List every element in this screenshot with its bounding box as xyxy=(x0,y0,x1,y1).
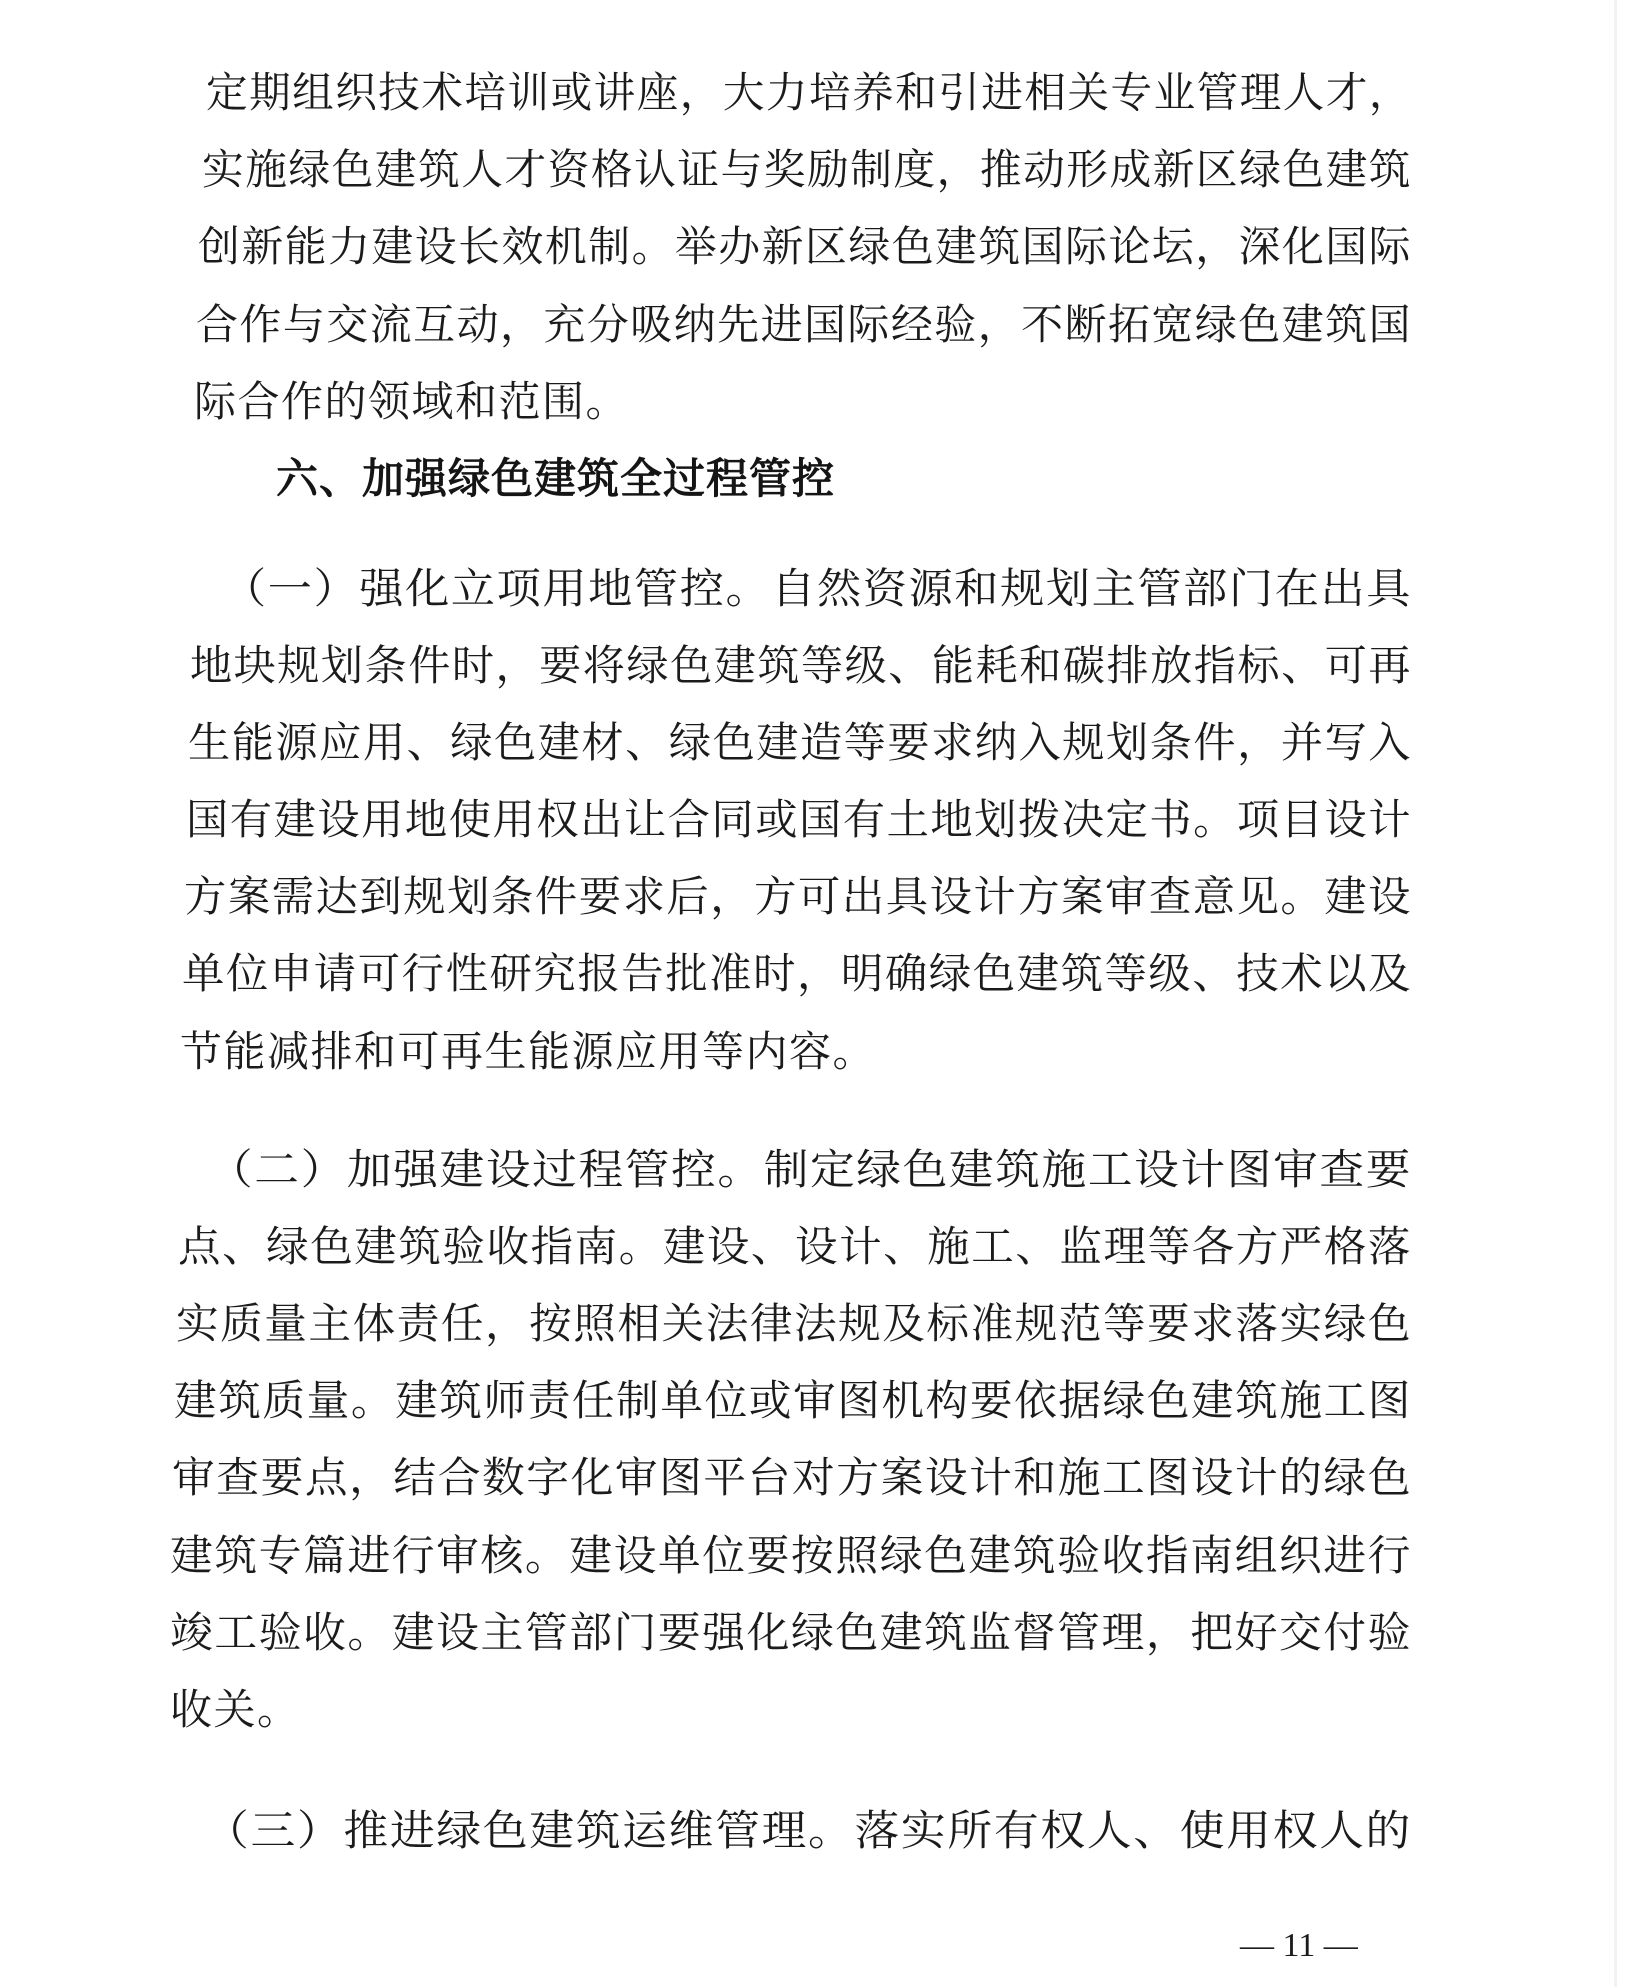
subsection-1-line: （一）强化立项用地管控。自然资源和规划主管部门在出具 xyxy=(222,564,1412,614)
subsection-2-line: 实质量主体责任，按照相关法律法规及标准规范等要求落实绿色 xyxy=(176,1299,1412,1349)
subsection-1-line: 生能源应用、绿色建材、绿色建造等要求纳入规划条件，并写入 xyxy=(188,718,1412,768)
subsection-2-line: 建筑专篇进行审核。建设单位要按照绿色建筑验收指南组织进行 xyxy=(170,1531,1412,1581)
subsection-2-line: 点、绿色建筑验收指南。建设、设计、施工、监理等各方严格落 xyxy=(178,1222,1412,1272)
page-number: — 11 — xyxy=(1240,1926,1358,1966)
subsection-2-line: 审查要点，结合数字化审图平台对方案设计和施工图设计的绿色 xyxy=(172,1453,1412,1503)
paragraph-line: 际合作的领域和范围。 xyxy=(194,377,629,427)
subsection-2-line: （二）加强建设过程管控。制定绿色建筑施工设计图审查要 xyxy=(208,1145,1412,1195)
section-heading: 六、加强绿色建筑全过程管控 xyxy=(276,454,835,504)
subsection-1-line: 地块规划条件时，要将绿色建筑等级、能耗和碳排放指标、可再 xyxy=(190,641,1412,691)
subsection-1-line: 单位申请可行性研究报告批准时，明确绿色建筑等级、技术以及 xyxy=(182,949,1412,999)
scan-edge xyxy=(1614,0,1617,1987)
subsection-1-line: 国有建设用地使用权出让合同或国有土地划拨决定书。项目设计 xyxy=(186,795,1412,845)
paragraph-line: 创新能力建设长效机制。举办新区绿色建筑国际论坛，深化国际 xyxy=(198,222,1412,272)
subsection-1-line: 节能减排和可再生能源应用等内容。 xyxy=(180,1027,876,1077)
subsection-2-line: 收关。 xyxy=(170,1685,301,1735)
subsection-3-line: （三）推进绿色建筑运维管理。落实所有权人、使用权人的 xyxy=(204,1806,1412,1856)
paragraph-line: 定期组织技术培训或讲座，大力培养和引进相关专业管理人才， xyxy=(206,68,1412,118)
subsection-1-line: 方案需达到规划条件要求后，方可出具设计方案审查意见。建设 xyxy=(184,872,1412,922)
subsection-2-line: 建筑质量。建筑师责任制单位或审图机构要依据绿色建筑施工图 xyxy=(174,1376,1412,1426)
paragraph-line: 合作与交流互动，充分吸纳先进国际经验，不断拓宽绿色建筑国 xyxy=(196,300,1412,350)
paragraph-line: 实施绿色建筑人才资格认证与奖励制度，推动形成新区绿色建筑 xyxy=(202,145,1412,195)
subsection-2-line: 竣工验收。建设主管部门要强化绿色建筑监督管理，把好交付验 xyxy=(170,1608,1412,1658)
document-page: 定期组织技术培训或讲座，大力培养和引进相关专业管理人才， 实施绿色建筑人才资格认… xyxy=(0,0,1652,1987)
